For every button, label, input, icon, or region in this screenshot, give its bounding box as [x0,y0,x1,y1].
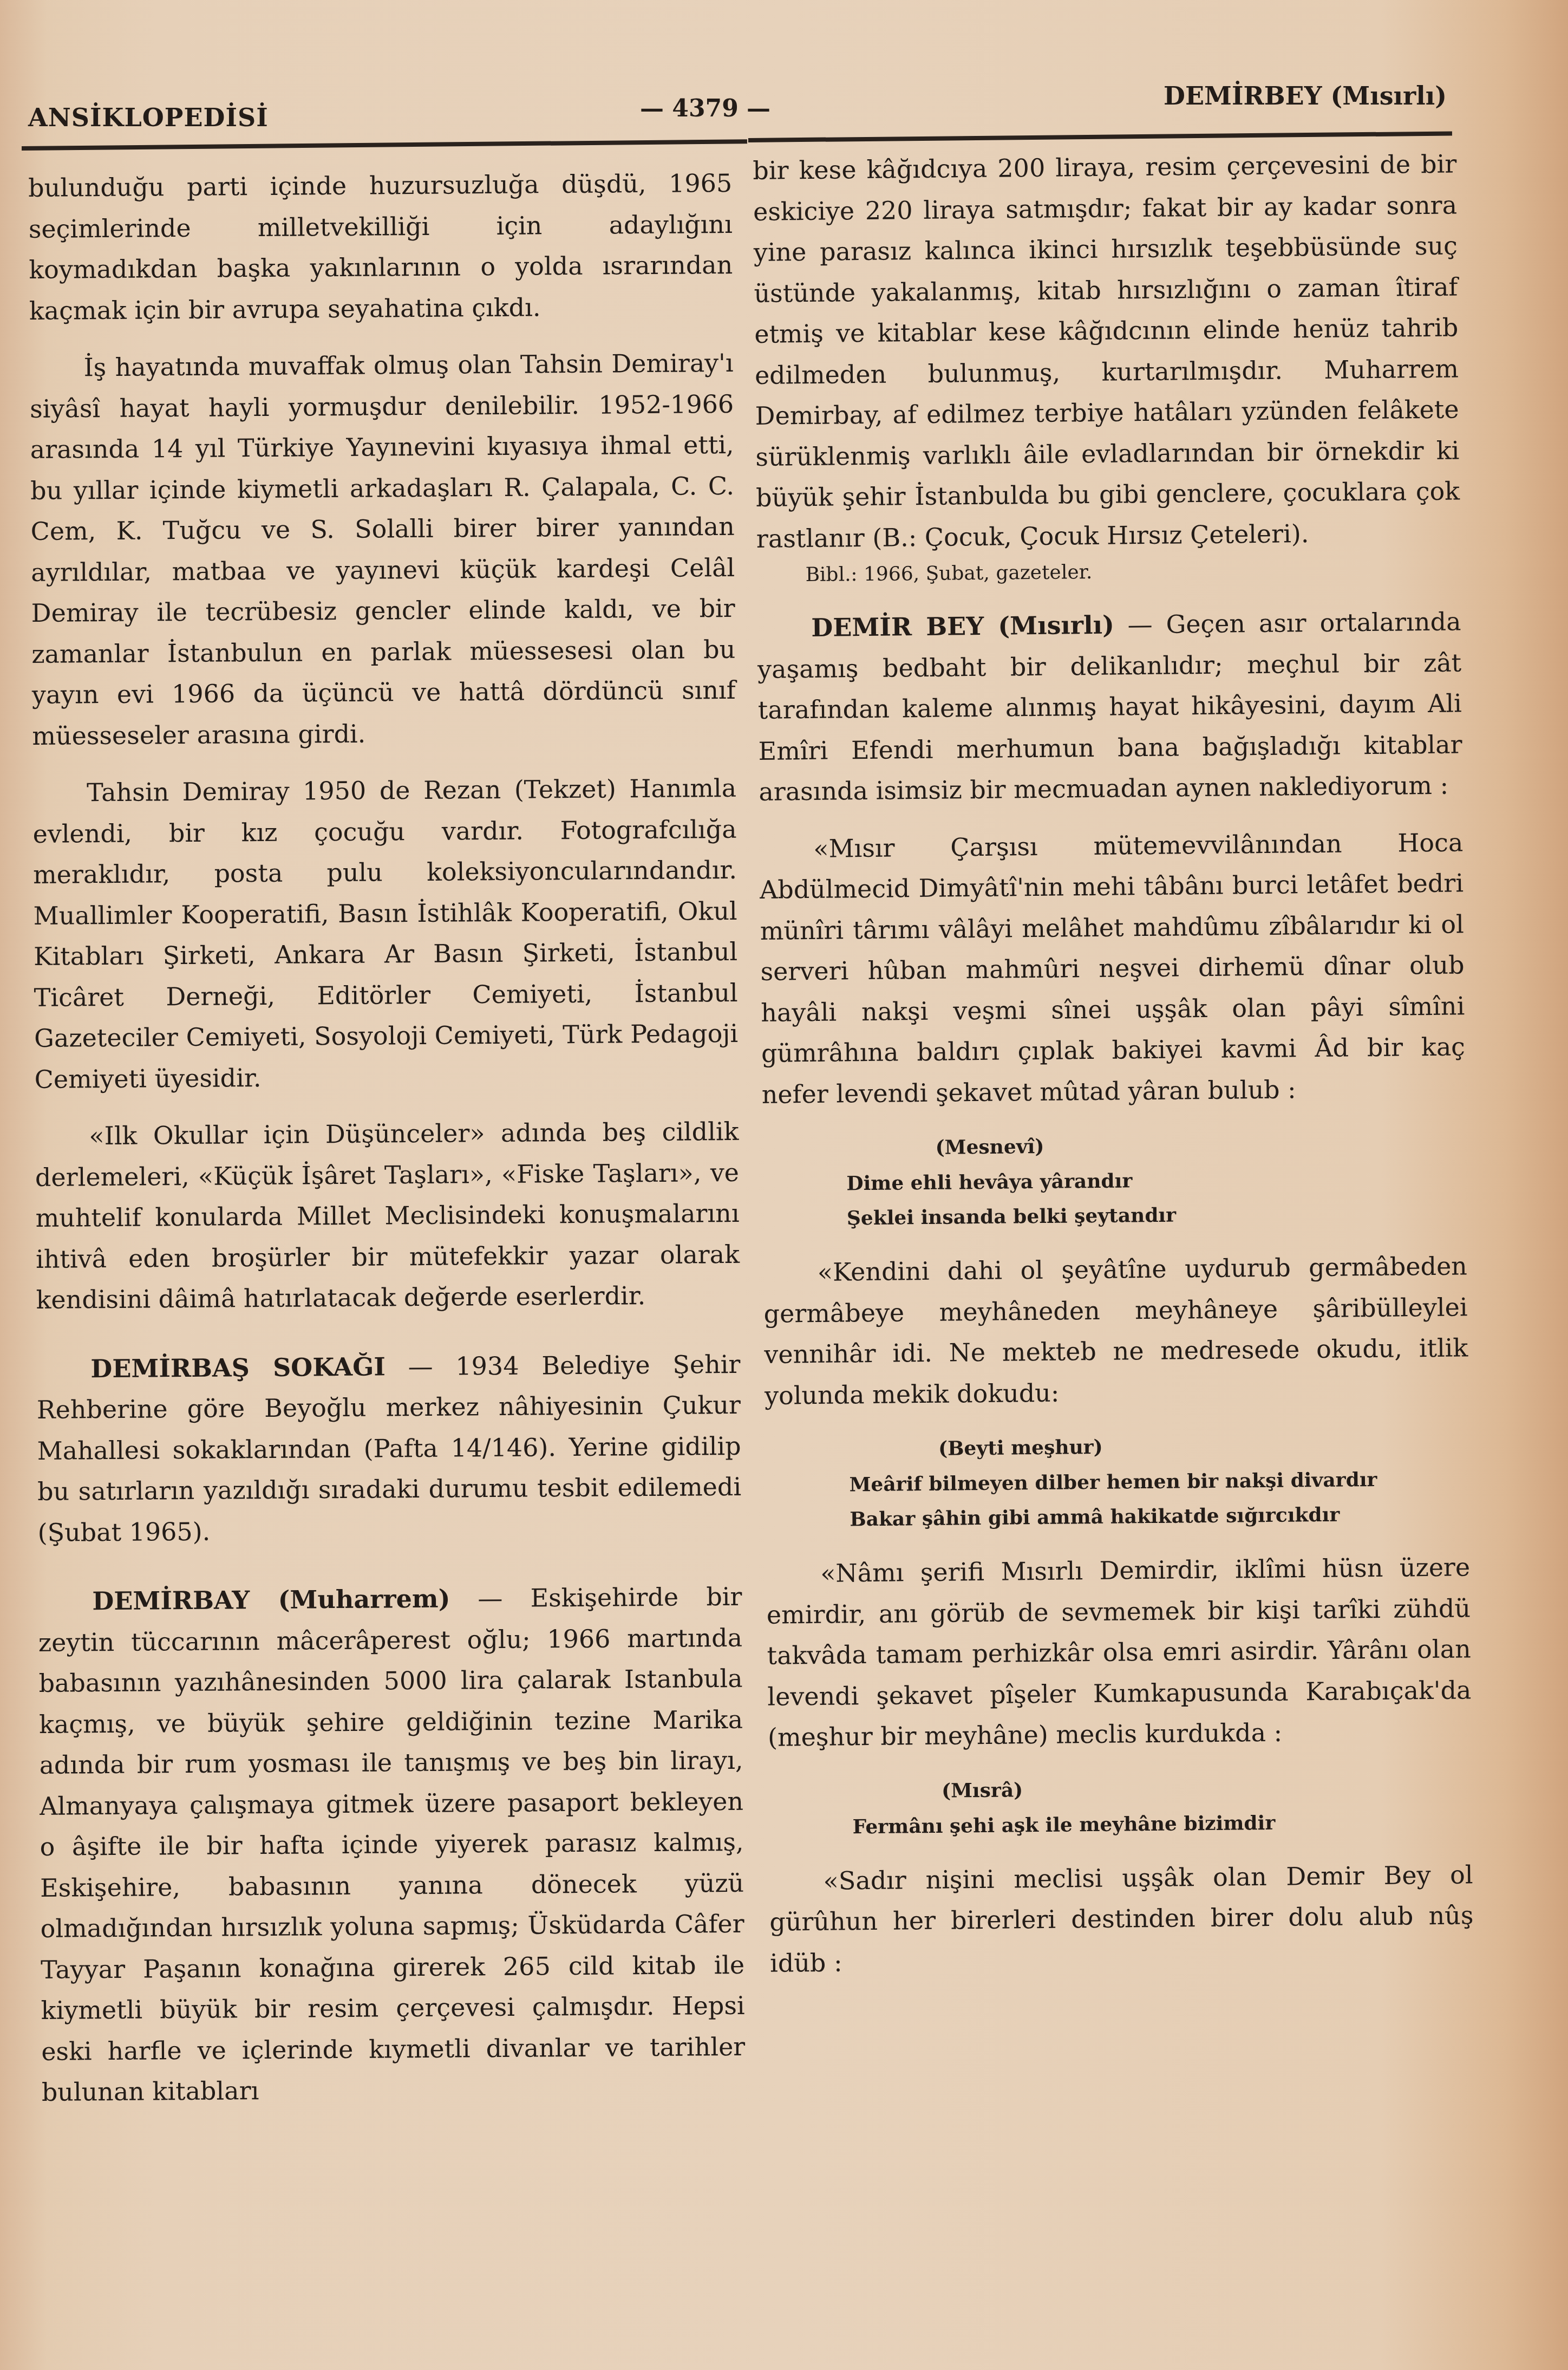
paragraph: İş hayatında muvaffak olmuş olan Tahsin … [29,343,736,757]
entry-demirbay-muharrem: DEMİRBAY (Muharrem) — Eskişehirde bir ze… [38,1577,746,2113]
paragraph: «Kendini dahi ol şeyâtîne uydurub germâb… [763,1246,1469,1416]
verse-title: (Mısrâ) [942,1768,1473,1808]
verse-title: (Beyti meşhur) [938,1425,1469,1466]
paragraph: Tahsin Demiray 1950 de Rezan (Tekzet) Ha… [32,768,739,1100]
paragraph: bulunduğu parti içinde huzursuzluğa düşd… [28,163,733,331]
left-column: bulunduğu parti içinde huzursuzluğa düşd… [28,163,746,2113]
verse-line: Meârif bilmeyen dilber hemen bir nakşi d… [849,1461,1469,1502]
encyclopedia-page: ANSİKLOPEDİSİ — 4379 — DEMİRBEY (Mısırlı… [0,0,1568,2370]
header-title-right: DEMİRBEY (Mısırlı) [1164,81,1447,110]
verse-line: Fermânı şehi aşk ile meyhâne bizimdir [852,1803,1473,1844]
bibliography: Bibl.: 1966, Şubat, gazeteler. [805,552,1461,591]
entry-demir-bey-misirli: DEMİR BEY (Mısırlı) — Geçen asır ortalar… [757,601,1463,812]
verse-title: (Mesnevî) [935,1124,1466,1165]
paragraph: «Mısır Çarşısı mütemevvilânından Hoca Ab… [759,822,1466,1115]
header-title-left: ANSİKLOPEDİSİ [28,103,269,132]
header-rule-left [22,139,747,151]
paragraph: bir kese kâğıdcıya 200 liraya, resim çer… [753,144,1460,559]
entry-headword: DEMİRBAŞ SOKAĞI [90,1352,386,1383]
right-column: bir kese kâğıdcıya 200 liraya, resim çer… [753,144,1474,1984]
entry-demirbas-sokagi: DEMİRBAŞ SOKAĞI — 1934 Belediye Şehir Re… [36,1344,742,1553]
verse-line: Bakar şâhin gibi ammâ hakikatde sığırcık… [850,1496,1470,1536]
page-number: — 4379 — [640,95,770,122]
verse-line: Şeklei insanda belki şeytandır [847,1195,1467,1235]
running-head: ANSİKLOPEDİSİ — 4379 — DEMİRBEY (Mısırlı… [28,81,1447,135]
entry-headword: DEMİR BEY (Mısırlı) [811,610,1114,642]
paragraph: «Ilk Okullar için Düşünceler» adında beş… [35,1111,740,1321]
verse-line: Dime ehli hevâya yârandır [846,1160,1467,1201]
paragraph: «Nâmı şerifi Mısırlı Demirdir, iklîmi hü… [766,1547,1472,1758]
entry-headword: DEMİRBAY (Muharrem) [92,1584,450,1616]
entry-body: — Eskişehirde bir zeytin tüccarının mâce… [38,1582,746,2107]
paragraph: «Sadır nişini meclisi uşşâk olan Demir B… [769,1854,1474,1984]
